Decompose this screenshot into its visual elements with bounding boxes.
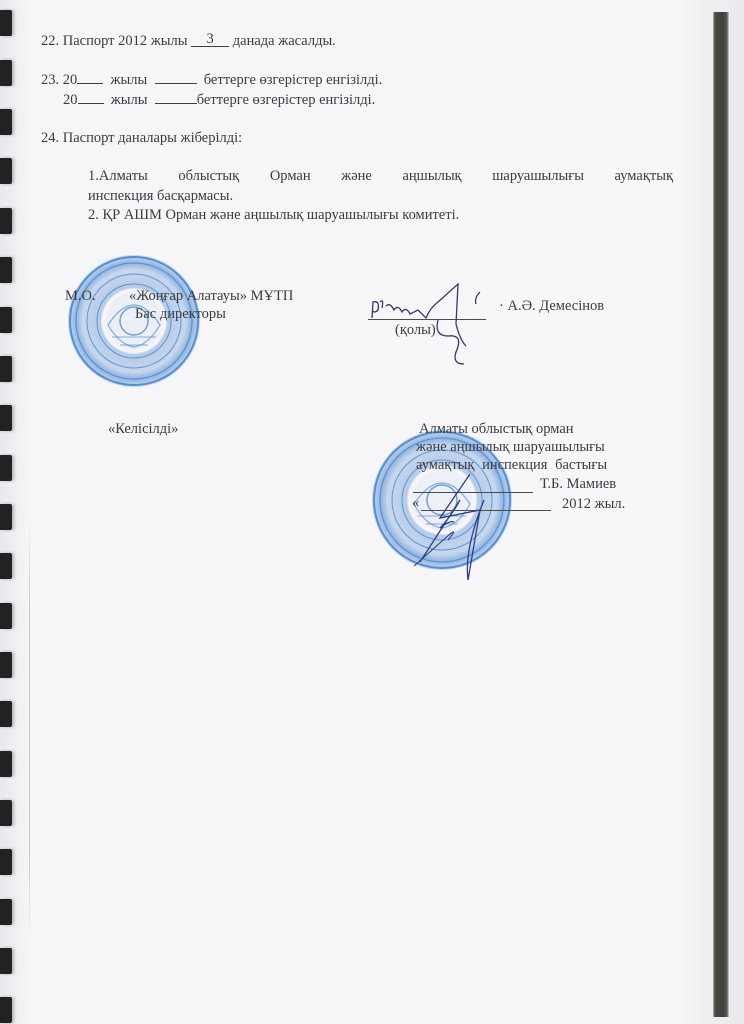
scanner-margin [729,0,744,1024]
binding-hole [0,751,12,777]
binding-hole [0,109,12,135]
year-prefix: 20 [63,92,78,108]
pages-blank [155,90,197,104]
recipient-1-line-a: 1.Алматы облыстық Орман және аңшылық шар… [88,168,673,185]
binding-hole [0,800,12,826]
binding-hole [0,553,12,579]
changes-text: беттерге өзгерістер енгізілді. [197,92,376,108]
binding-hole [0,158,12,184]
binding-hole [0,652,12,678]
binding-hole [0,208,12,234]
handwritten-signature-2 [410,470,500,590]
recipient-2: 2. ҚР АШМ Орман және аңшылық шаруашылығы… [88,207,459,224]
date-year: 2012 жыл. [562,496,625,513]
item-22: 22. Паспорт 2012 жылы 3 данада жасалды. [41,33,336,50]
binding-hole [0,60,12,86]
binding-hole [0,603,12,629]
copies-field: 3 [191,33,229,47]
binding-hole [0,356,12,382]
stamp-location-label: М.О. [65,288,96,305]
inspection-line-2: және аңшылық шаруашылығы [416,439,605,456]
year-word: жылы [111,92,148,108]
approval-label: «Келісілді» [108,421,178,438]
organization-name: «Жоңғар Алатауы» МҰТП [129,288,293,305]
year-blank [77,70,103,84]
year-word: жылы [111,72,148,88]
signer-name-1: · А.Ә. Демесінов [499,298,604,315]
recipient-1-line-b: инспекция басқармасы. [88,188,233,205]
year-prefix: 20 [63,72,78,88]
item-22-prefix: 22. Паспорт 2012 жылы [41,33,188,49]
binding-hole [0,948,12,974]
signer-name-2: Т.Б. Мамиев [540,476,616,493]
signature-caption: (қолы) [395,322,436,339]
pages-blank [155,70,197,84]
binding-hole [0,701,12,727]
binding-holes [0,0,14,1024]
signer-name-1-text: А.Ә. Демесінов [507,298,604,314]
page-edge-shadow [713,12,729,1017]
scanned-document-page: 22. Паспорт 2012 жылы 3 данада жасалды. … [0,0,744,1024]
binding-hole [0,899,12,925]
item-23-number: 23. [41,72,59,88]
binding-hole [0,504,12,530]
item-23-line-1: 23. 20 жылы беттерге өзгерістер енгізілд… [41,70,382,89]
inspection-line-1: Алматы облыстық орман [419,421,574,438]
binding-hole [0,10,12,36]
item-24-title: 24. Паспорт даналары жіберілді: [41,130,242,147]
binding-hole [0,257,12,283]
director-position: Бас директоры [135,306,226,323]
binding-hole [0,307,12,333]
year-blank [78,90,104,104]
item-23-line-2: 20 жылы беттерге өзгерістер енгізілді. [63,90,375,109]
binding-hole [0,455,12,481]
binding-hole [0,849,12,875]
page-fold-line [29,520,30,940]
binding-hole [0,405,12,431]
item-22-suffix: данада жасалды. [233,33,336,49]
changes-text: беттерге өзгерістер енгізілді. [204,72,383,88]
binding-hole [0,997,12,1023]
copies-value: 3 [207,31,214,47]
